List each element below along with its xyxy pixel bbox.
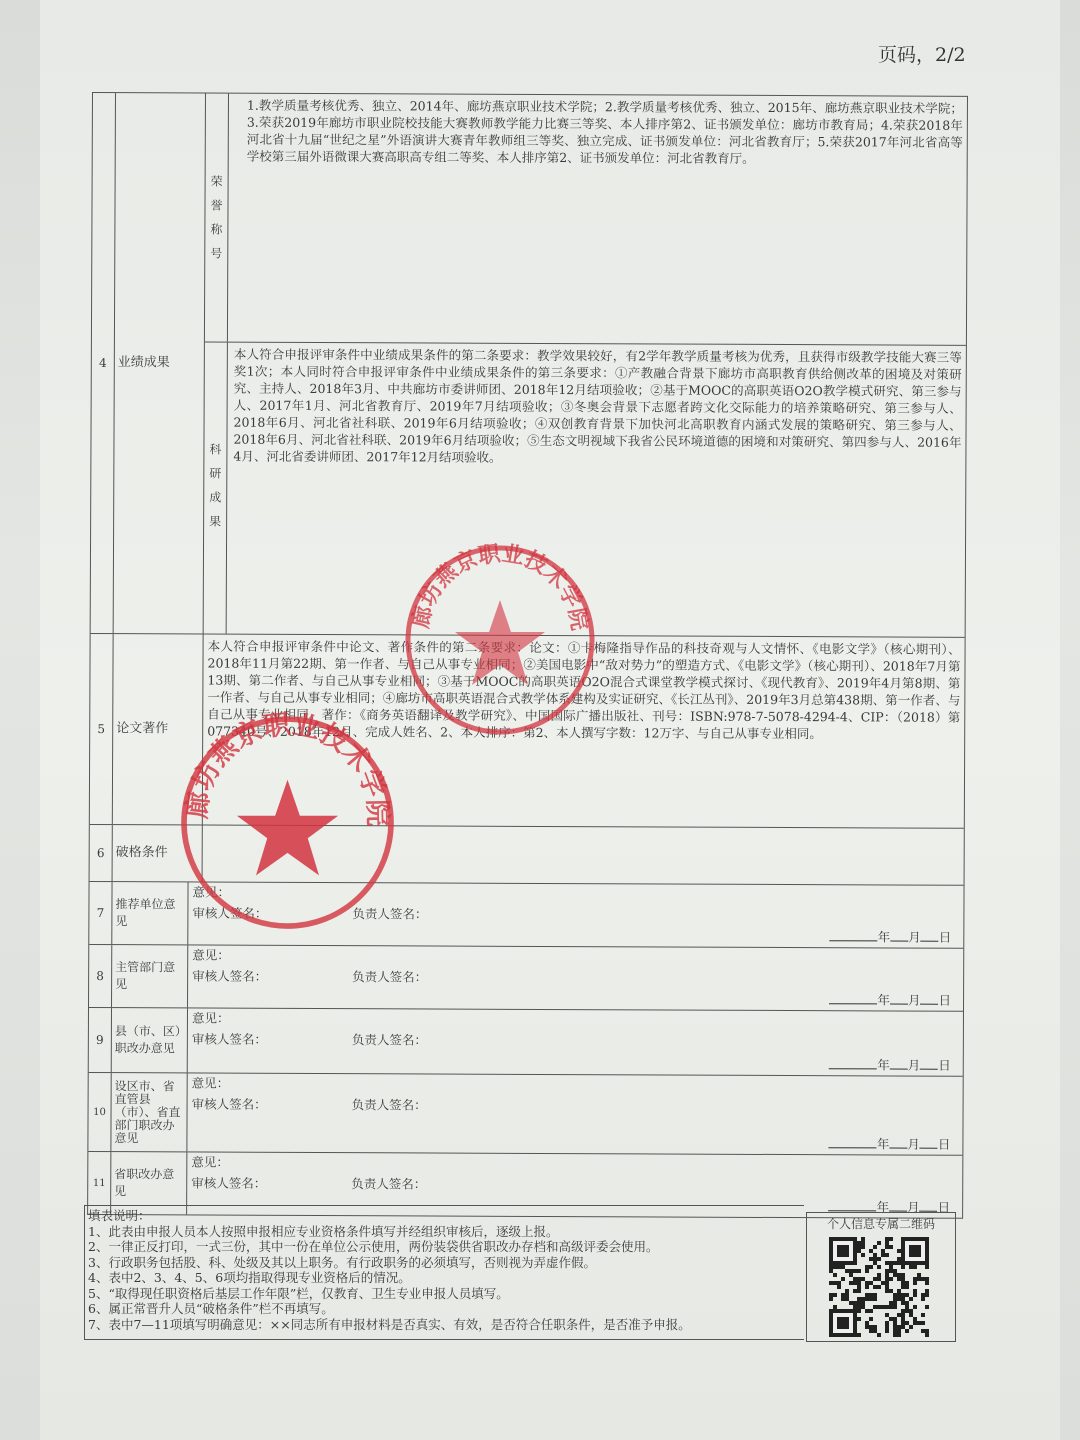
responsible-signature[interactable]: 负责人签名： (352, 1030, 512, 1049)
qr-title: 个人信息专属二维码 (807, 1215, 955, 1232)
label-char: 科 (209, 438, 221, 462)
instruction-item: 3、行政职务包括股、科、处级及其以上职务。有行政职务的必须填写，否则视为弄虚作假… (88, 1255, 801, 1271)
label-char: 称 (210, 218, 222, 242)
row-number: 9 (89, 1008, 112, 1072)
opinion-field[interactable]: 意见： 审核人签名： 负责人签名： 年月日 (187, 1073, 962, 1154)
opinion-label: 意见： (191, 1154, 958, 1172)
instruction-item: 1、此表由申报人员本人按照申报相应专业资格条件填写并经组织审核后，逐级上报。 (88, 1224, 801, 1240)
reviewer-signature[interactable]: 审核人签名： (192, 1029, 352, 1048)
research-label: 科研成果 (204, 342, 228, 633)
label-char: 荣 (211, 170, 223, 194)
row-number: 5 (90, 634, 114, 824)
instruction-item: 6、属正常晋升人员“破格条件”栏不再填写。 (88, 1301, 801, 1317)
honors-label: 荣誉称号 (205, 93, 229, 341)
date-field[interactable]: 年月日 (829, 1055, 951, 1074)
row-opinion-7: 7 推荐单位意见 意见： 审核人签名： 负责人签名： 年月日 (89, 882, 963, 949)
date-field[interactable]: 年月日 (829, 1134, 951, 1153)
label-char: 果 (209, 510, 221, 534)
row-label: 业绩成果 (114, 93, 206, 633)
row-papers: 5 论文著作 本人符合申报评审条件中论文、著作条件的第二条要求：论文：①卡梅隆指… (90, 634, 965, 829)
responsible-signature[interactable]: 负责人签名： (351, 1174, 511, 1193)
row-number: 8 (89, 945, 112, 1007)
opinion-field[interactable]: 意见： 审核人签名： 负责人签名： 年月日 (188, 945, 963, 1010)
row-number: 4 (91, 93, 116, 633)
reviewer-signature[interactable]: 审核人签名： (192, 1094, 352, 1113)
research-section: 科研成果 本人符合申报评审条件中业绩成果条件的第二条要求：教学效果较好，有2学年… (204, 342, 966, 636)
row-opinion-9: 9 县（市、区）职改办意见 意见： 审核人签名： 负责人签名： 年月日 (89, 1008, 963, 1077)
responsible-signature[interactable]: 负责人签名： (352, 1095, 512, 1114)
instruction-item: 4、表中2、3、4、5、6项均指取得现专业资格后的情况。 (88, 1270, 801, 1286)
honors-section: 荣誉称号 1.教学质量考核优秀、独立、2014年、廊坊燕京职业技术学院；2.教学… (205, 93, 967, 345)
row-label: 县（市、区）职改办意见 (112, 1008, 188, 1072)
row-label: 主管部门意见 (112, 945, 188, 1007)
date-field[interactable]: 年月日 (830, 927, 952, 946)
opinion-label: 意见： (192, 884, 959, 902)
papers-text: 本人符合申报评审条件中论文、著作条件的第二条要求：论文：①卡梅隆指导作品的科技奇… (203, 634, 965, 827)
row-achievements: 4 业绩成果 荣誉称号 1.教学质量考核优秀、独立、2014年、廊坊燕京职业技术… (91, 93, 967, 638)
qr-code-icon[interactable] (829, 1237, 929, 1337)
date-field[interactable]: 年月日 (829, 990, 951, 1009)
instruction-item: 2、一律正反打印，一式三份，其中一份在单位公示使用，两份装袋供省职改办存档和高级… (88, 1239, 801, 1255)
row-opinion-10: 10 设区市、省直管县（市）、省直部门职改办意见 意见： 审核人签名： 负责人签… (88, 1073, 962, 1156)
honors-text: 1.教学质量考核优秀、独立、2014年、廊坊燕京职业技术学院；2.教学质量考核优… (228, 94, 967, 345)
row-label: 设区市、省直管县（市）、省直部门职改办意见 (111, 1073, 187, 1151)
row-opinion-8: 8 主管部门意见 意见： 审核人签名： 负责人签名： 年月日 (89, 945, 963, 1012)
reviewer-signature[interactable]: 审核人签名： (191, 1173, 351, 1192)
label-char: 成 (209, 486, 221, 510)
reviewer-signature[interactable]: 审核人签名： (192, 966, 352, 985)
row-exception: 6 破格条件 (90, 825, 964, 886)
instruction-item: 7、表中7—11项填写明确意见：××同志所有申报材料是否真实、有效，是否符合任职… (88, 1317, 801, 1333)
responsible-signature[interactable]: 负责人签名： (352, 904, 512, 923)
opinion-label: 意见： (192, 947, 959, 965)
opinion-label: 意见： (192, 1010, 959, 1028)
opinion-label: 意见： (192, 1075, 959, 1093)
reviewer-signature[interactable]: 审核人签名： (192, 903, 352, 922)
qr-code-box: 个人信息专属二维码 (806, 1212, 956, 1342)
label-char: 研 (209, 462, 221, 486)
row-label: 推荐单位意见 (112, 882, 188, 944)
responsible-signature[interactable]: 负责人签名： (352, 967, 512, 986)
exception-field[interactable] (203, 825, 964, 884)
row-number: 10 (88, 1073, 111, 1151)
row-label: 论文著作 (113, 634, 204, 824)
row-label: 破格条件 (113, 825, 203, 881)
application-form: 4 业绩成果 荣誉称号 1.教学质量考核优秀、独立、2014年、廊坊燕京职业技术… (87, 92, 968, 1219)
instructions: 填表说明： 1、此表由申报人员本人按照申报相应专业资格条件填写并经组织审核后，逐… (84, 1205, 804, 1340)
research-text: 本人符合申报评审条件中业绩成果条件的第二条要求：教学效果较好，有2学年教学质量考… (227, 343, 966, 637)
row-number: 7 (89, 882, 112, 944)
instruction-item: 5、“取得现任职资格后基层工作年限”栏，仅教育、卫生专业申报人员填写。 (88, 1286, 801, 1302)
label-char: 誉 (210, 194, 222, 218)
instructions-title: 填表说明： (88, 1208, 801, 1224)
page-number: 页码，2/2 (878, 40, 966, 67)
row-number: 6 (90, 825, 113, 881)
label-char: 号 (210, 242, 222, 266)
opinion-field[interactable]: 意见： 审核人签名： 负责人签名： 年月日 (188, 882, 963, 947)
opinion-field[interactable]: 意见： 审核人签名： 负责人签名： 年月日 (188, 1008, 963, 1075)
